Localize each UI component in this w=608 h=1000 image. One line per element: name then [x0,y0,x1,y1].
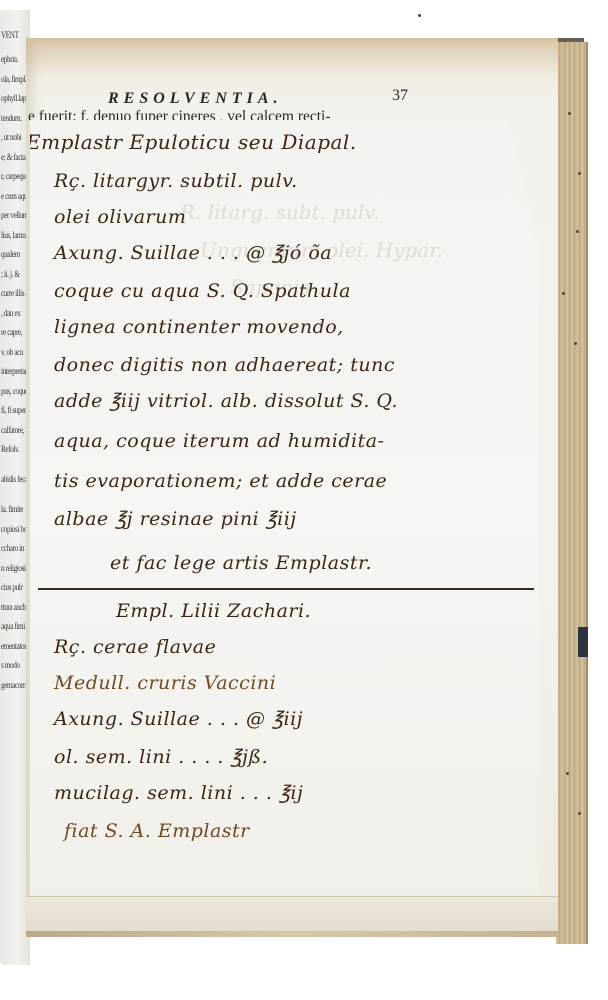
left-page-text-line: ola, fimpl. [1,74,26,84]
recipe-1-line: adde ℥iij vitriol. alb. dissolut S. Q. [54,390,398,412]
left-page-text-line: la. fimite [1,504,23,514]
book: RESOLVENTIA. 37 e fuerit: f. denuo fuper… [26,38,588,953]
recipe-1-title: Emplastr Epuloticu seu Diapal. [26,130,357,154]
recipe-2-line: Medull. cruris Vaccini [54,672,276,694]
left-page-text-line: ; ii. j. & [1,269,20,279]
left-page-text-line: re capre, [1,327,22,337]
recipe-1-line: donec digitis non adhaereat; tunc [54,354,395,376]
left-page-text-line: per vellum [1,210,28,220]
recipe-2-line: ol. sem. lini . . . . ℥jß. [54,746,268,768]
left-page-text-line: s modo [1,660,20,670]
dust-speck [418,14,421,17]
left-page-text-line: qualem [1,249,20,259]
manuscript-slip: R. litarg. subt. pulv. Unguentum olei. H… [30,120,538,920]
left-page-text-line: interpretan [1,366,28,376]
printed-page: RESOLVENTIA. 37 e fuerit: f. denuo fuper… [26,38,558,933]
recipe-2-line: Axung. Suillae . . . @ ℥iij [54,708,303,730]
running-head: RESOLVENTIA. [108,90,283,108]
recipe-1-line: aqua, coque iterum ad humidita- [54,430,384,452]
left-page-text-line: ementator [1,641,26,651]
left-page-text-line: gemacorr [1,680,25,690]
recipe-1-line: Axung. Suillae . . . @ ℥jó õa [54,242,332,264]
page-bottom-edge [26,931,558,937]
recipe-1-line: albae ℥j resinae pini ℥iij [54,508,297,530]
recipe-1-line: et fac lege artis Emplastr. [110,552,372,574]
spine-label-fragment [578,627,588,657]
left-page-text-line: v. ob acu [1,347,23,357]
torn-slip-edge [26,896,558,934]
left-page-text-line: , dan ex [1,308,20,318]
left-page-text-line: n religiosi [1,563,26,573]
left-page-text-line: , ut nobi [1,132,21,142]
recipe-1-line: Rç. litargyr. subtil. pulv. [54,170,298,192]
left-page-text-line: e; & facta [1,152,25,162]
left-page-text-line: cius pulr [1,582,22,592]
left-page-text-line: ephria. [1,54,18,64]
recipe-1-line: lignea continenter movendo, [54,316,344,338]
left-page-text-line: r, carpeque [1,171,28,181]
recipe-2-line: fiat S. A. Emplastr [64,820,250,842]
recipe-2-line: Rç. cerae flavae [54,636,216,658]
left-page-text-line: fi, fi super [1,405,26,415]
left-page-text-line: VENT [1,30,19,40]
recipe-divider-line [38,588,534,590]
recipe-2-line: mucilag. sem. lini . . . ℥ij [54,782,303,804]
foxing-stain [26,38,558,78]
page-number: 37 [392,87,408,105]
left-page-text-line: aqua fimi [1,621,25,631]
recipe-1-line: coque cu aqua S. Q. Spathula [54,280,351,302]
left-page-text-line: Refolv. [1,444,19,454]
recipe-1-line: olei olivarum [54,206,186,228]
recipe-1-line: tis evaporationem; et adde cerae [54,470,387,492]
book-fore-edge [556,42,588,944]
left-page-text-line: ttura anchi [1,602,27,612]
left-page-text-line: tendum. [1,113,22,123]
recipe-2-title: Empl. Lilii Zachari. [116,600,311,622]
